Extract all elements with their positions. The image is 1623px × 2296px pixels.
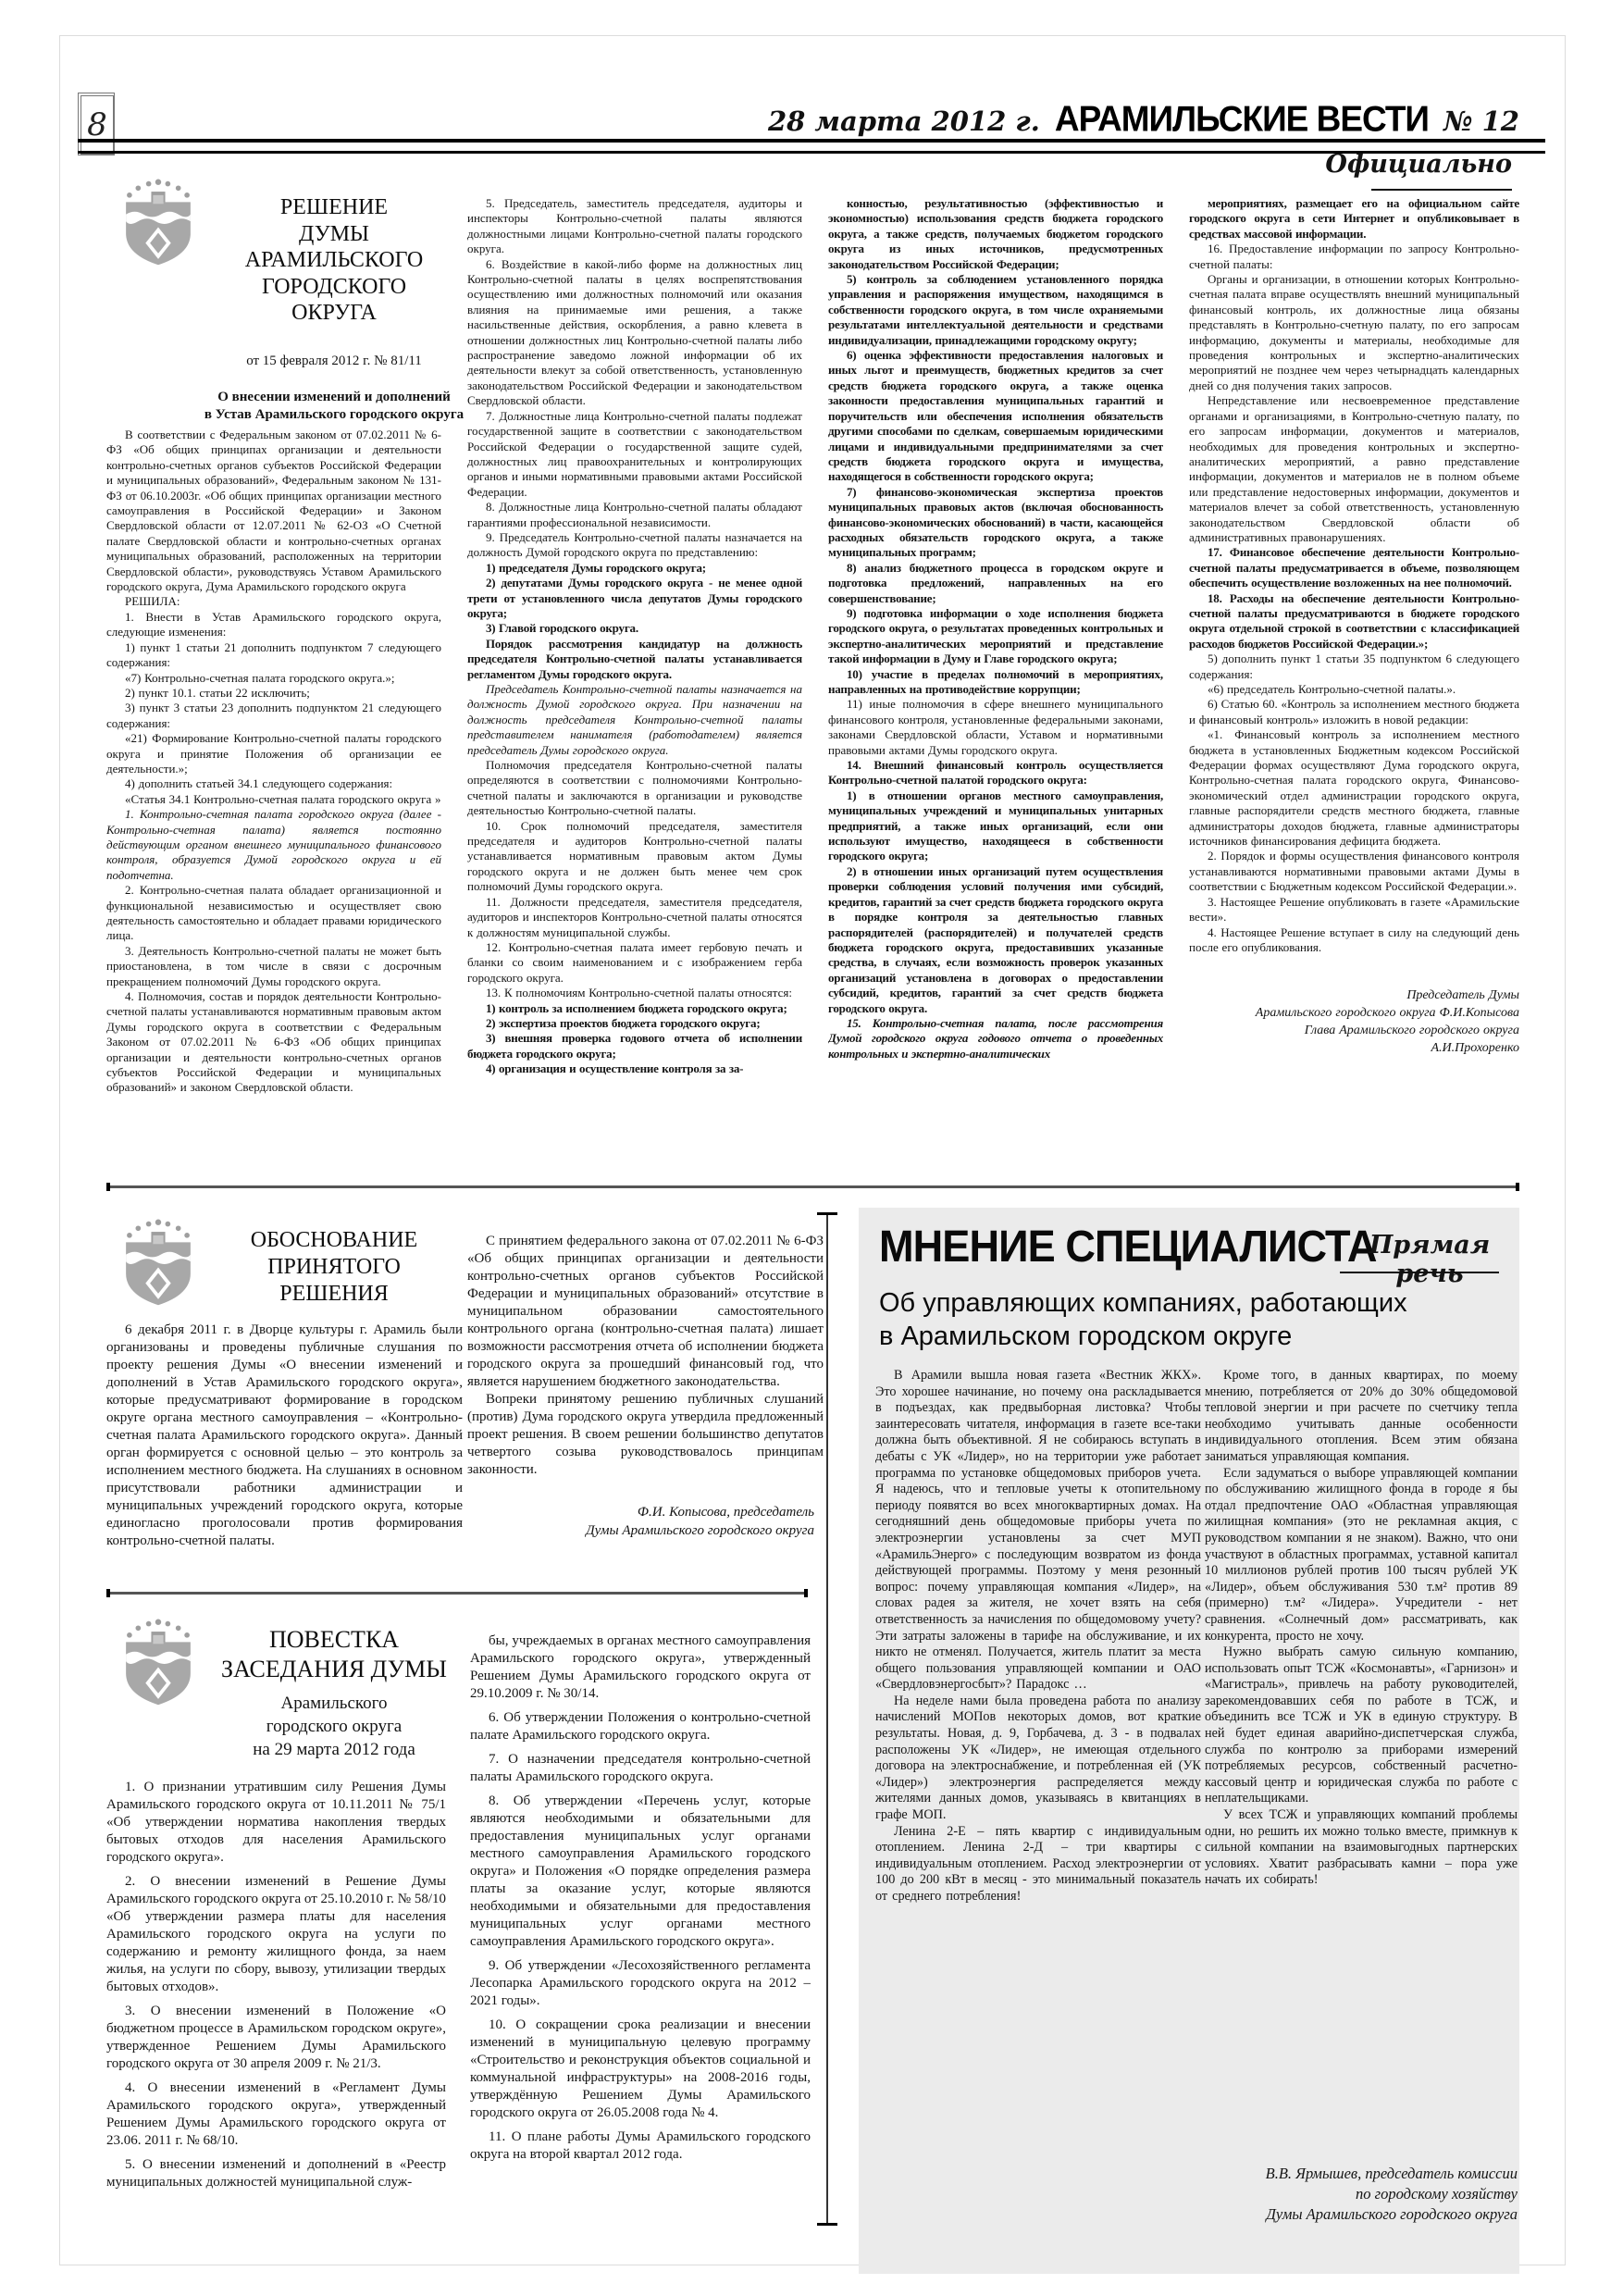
paragraph: Полномочия председателя Контрольно-счетн… [467,758,802,819]
coat-of-arms-icon [118,1218,198,1313]
agenda-subtitle: Арамильского городского округа на 29 мар… [205,1692,463,1761]
issue-number: № 12 [1443,105,1519,137]
paragraph: 7) финансово-экономическая экспертиза пр… [828,485,1163,561]
paragraph: 2. О внесении изменений в Решение Думы А… [106,1873,446,1996]
paragraph: 8. Должностные лица Контрольно-счетной п… [467,500,802,530]
paragraph: 17. Финансовое обеспечение деятельности … [1189,545,1519,590]
section-label-rule [1371,189,1512,191]
paragraph: 3. О внесении изменений в Положение «О б… [106,2003,446,2073]
coat-of-arms-icon [118,178,198,273]
paragraph: «6) председатель Контрольно-счетной пала… [1189,682,1519,697]
paragraph: В Арамили вышла новая газета «Вестник ЖК… [875,1368,1201,1694]
paragraph: С принятием федерального закона от 07.02… [467,1233,824,1391]
paragraph: 10. О сокращении срока реализации и внес… [470,2017,811,2122]
paragraph: 6) Статью 60. «Контроль за исполнением м… [1189,697,1519,727]
paragraph: 12. Контрольно-счетная палата имеет герб… [467,940,802,986]
paragraph: 2) пункт 10.1. статьи 22 исключить; [106,686,441,701]
paragraph: 5) дополнить пункт 1 статьи 35 подпункто… [1189,652,1519,682]
paragraph: 1) председателя Думы городского округа; [467,561,802,576]
paragraph: Порядок рассмотрения кандидатур на должн… [467,637,802,682]
paragraph: 9. Об утверждении «Лесохозяйственного ре… [470,1957,811,2010]
paragraph: «7) Контрольно-счетная палата городского… [106,671,441,686]
opinion-column-1: В Арамили вышла новая газета «Вестник ЖК… [875,1368,1201,2262]
justification-signature: Ф.И. Копысова, председатель Думы Арамиль… [467,1503,824,1540]
paragraph: 4. О внесении изменений в «Регламент Дум… [106,2079,446,2150]
paragraph: 2) в отношении иных организаций путем ос… [828,864,1163,1016]
paragraph: 3. Настоящее Решение опубликовать в газе… [1189,895,1519,925]
paragraph: 2. Порядок и формы осуществления финансо… [1189,849,1519,894]
paragraph: Кроме того, в данных квартирах, по моему… [1205,1368,1518,1466]
paragraph: Вопреки принятому решению публичных слуш… [467,1391,824,1479]
decision-date-line: от 15 февраля 2012 г. № 81/11 [205,354,463,369]
paragraph: 11) иные полномочия в сфере внешнего мун… [828,697,1163,758]
opinion-title: МНЕНИЕ СПЕЦИАЛИСТА [879,1222,1376,1272]
paragraph: «21) Формирование Контрольно-счетной пал… [106,731,441,776]
opinion-subtitle: Об управляющих компаниях, работающих в А… [879,1286,1453,1353]
paragraph: «1. Финансовый контроль за исполнением м… [1189,727,1519,849]
paragraph: 6 декабря 2011 г. в Дворце культуры г. А… [106,1322,463,1550]
paragraph: 4) дополнить статьей 34.1 следующего сод… [106,776,441,791]
paragraph: Председатель Контрольно-счетной палаты н… [467,682,802,758]
decision-subtitle: О внесении изменений и дополнений в Уста… [196,389,472,424]
paragraph: 16. Предоставление информации по запросу… [1189,242,1519,272]
decision-column-4-text: мероприятиях, размещает его на официальн… [1189,196,1519,955]
paragraph: 8) анализ бюджетного процесса в городско… [828,561,1163,606]
decision-column-4: мероприятиях, размещает его на официальн… [1189,196,1519,1170]
paragraph: 3) Главой городского округа. [467,621,802,636]
paragraph: 6. Воздействие в какой-либо форме на дол… [467,257,802,409]
paragraph: 1) пункт 1 статьи 21 дополнить подпункто… [106,640,441,671]
paragraph: 10) участие в пределах полномочий в меро… [828,667,1163,698]
decision-signature: Председатель Думы Арамильского городског… [1189,987,1519,1057]
justification-title: ОБОСНОВАНИЕ ПРИНЯТОГО РЕШЕНИЯ [205,1227,463,1308]
paragraph: Ленина 2-Е – пять квартир с индивидуальн… [875,1824,1201,1905]
paragraph: 14. Внешний финансовый контроль осуществ… [828,758,1163,788]
paragraph: 3) пункт 3 статьи 23 дополнить подпункто… [106,701,441,731]
paragraph: 11. О плане работы Думы Арамильского гор… [470,2128,811,2164]
paragraph: 1. О признании утратившим силу Решения Д… [106,1779,446,1867]
decision-column-1: В соответствии с Федеральным законом от … [106,428,441,1166]
paragraph: 3. Деятельность Контрольно-счетной палат… [106,944,441,989]
paragraph: 15. Контрольно-счетная палата, после рас… [828,1016,1163,1061]
paragraph: 2. Контрольно-счетная палата обладает ор… [106,883,441,944]
newspaper-title: АРАМИЛЬСКИЕ ВЕСТИ [1055,99,1429,140]
coat-of-arms-icon [118,1618,198,1713]
paragraph: 13. К полномочиям Контрольно-счетной пал… [467,986,802,1000]
paragraph: 9) подготовка информации о ходе исполнен… [828,606,1163,667]
paragraph: Непредставление или несвоевременное пред… [1189,393,1519,545]
paragraph: 9. Председатель Контрольно-счетной палат… [467,530,802,561]
paragraph: конностью, результативностью (эффективно… [828,196,1163,272]
decision-title: РЕШЕНИЕ ДУМЫ АРАМИЛЬСКОГО ГОРОДСКОГО ОКР… [205,194,463,327]
paragraph: 5. О внесении изменений и дополнений в «… [106,2156,446,2191]
paragraph: бы, учреждаемых в органах местного самоу… [470,1632,811,1703]
paragraph: 4. Настоящее Решение вступает в силу на … [1189,925,1519,956]
paragraph: У всех ТСЖ и управляющих компаний пробле… [1205,1807,1518,1889]
paragraph: 4. Полномочия, состав и порядок деятельн… [106,989,441,1096]
section-label: Официально [1325,150,1512,179]
masthead-date: 28 марта 2012 г. [768,105,1040,137]
justification-column-2: С принятием федерального закона от 07.02… [467,1233,824,1577]
justification-column-1: 6 декабря 2011 г. в Дворце культуры г. А… [106,1322,463,1570]
agenda-column-1: 1. О признании утратившим силу Решения Д… [106,1779,446,2262]
paragraph: 2) экспертиза проектов бюджета городског… [467,1016,802,1031]
masthead: 28 марта 2012 г. АРАМИЛЬСКИЕ ВЕСТИ № 12 [768,100,1519,139]
agenda-column-2: бы, учреждаемых в органах местного самоу… [470,1632,811,2264]
paragraph: 1) контроль за исполнением бюджета город… [467,1001,802,1016]
agenda-title: ПОВЕСТКА ЗАСЕДАНИЯ ДУМЫ [205,1625,463,1684]
paragraph: 6) оценка эффективности предоставления н… [828,348,1163,485]
opinion-kicker-rule [1340,1272,1499,1273]
paragraph: 7. О назначении председателя контрольно-… [470,1751,811,1786]
decision-column-3: конностью, результативностью (эффективно… [828,196,1163,1170]
paragraph: 6. Об утверждении Положения о контрольно… [470,1709,811,1744]
paragraph: 7. Должностные лица Контрольно-счетной п… [467,409,802,500]
paragraph: На неделе нами была проведена работа по … [875,1694,1201,1824]
vertical-divider-cap-bottom [817,2223,837,2226]
paragraph: Органы и организации, в отношении которы… [1189,272,1519,393]
opinion-column-2: Кроме того, в данных квартирах, по моему… [1205,1368,1518,2156]
vertical-divider [826,1214,828,2225]
separator-rule-middle [106,1592,808,1595]
paragraph: 11. Должности председателя, заместителя … [467,895,802,940]
paragraph: 4) организация и осуществление контроля … [467,1061,802,1076]
paragraph: 5) контроль за соблюдением установленног… [828,272,1163,348]
paragraph: Если задуматься о выборе управляющей ком… [1205,1466,1518,1645]
paragraph: РЕШИЛА: [106,594,441,609]
paragraph: 1) в отношении органов местного самоупра… [828,788,1163,864]
paragraph: 3) внешняя проверка годового отчета об и… [467,1031,802,1061]
vertical-divider-cap-top [817,1212,837,1215]
paragraph: мероприятиях, размещает его на официальн… [1189,196,1519,242]
paragraph: 2) депутатами Думы городского округа - н… [467,576,802,621]
separator-rule-top [106,1185,1519,1188]
paragraph: «Статья 34.1 Контрольно-счетная палата г… [106,792,441,807]
paragraph: 1. Контрольно-счетная палата городского … [106,807,441,883]
opinion-signature: В.В. Ярмышев, председатель комиссии по г… [1198,2164,1518,2225]
paragraph: 18. Расходы на обеспечение деятельности … [1189,591,1519,652]
paragraph: 10. Срок полномочий председателя, замест… [467,819,802,895]
justification-column-2-text: С принятием федерального закона от 07.02… [467,1233,824,1479]
paragraph: 5. Председатель, заместитель председател… [467,196,802,257]
paragraph: В соответствии с Федеральным законом от … [106,428,441,594]
opinion-kicker: Прямая речь [1344,1231,1516,1288]
paragraph: 1. Внести в Устав Арамильского городског… [106,610,441,640]
paragraph: 8. Об утверждении «Перечень услуг, котор… [470,1793,811,1951]
paragraph: Нужно выбрать самую сильную компанию, ис… [1205,1644,1518,1807]
decision-column-2: 5. Председатель, заместитель председател… [467,196,802,1168]
